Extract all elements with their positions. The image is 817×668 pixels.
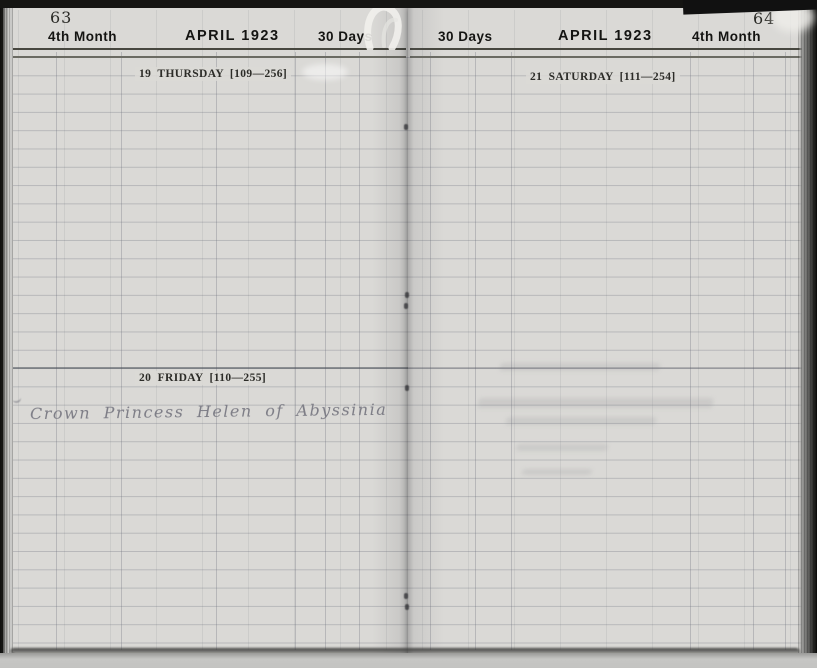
stitch-mark xyxy=(404,303,408,309)
column-line xyxy=(359,52,360,650)
column-line xyxy=(295,52,296,650)
bleed-through-ghost xyxy=(499,363,660,371)
bleed-through-ghost xyxy=(522,469,593,475)
header-rule xyxy=(6,48,406,58)
bleed-through-ghost xyxy=(516,444,609,451)
right-page-title: APRIL 1923 xyxy=(558,28,653,44)
column-line xyxy=(216,52,217,650)
day-divider-rule xyxy=(4,367,408,369)
stitch-mark xyxy=(405,604,409,610)
bleed-through-ghost xyxy=(477,398,713,408)
scanner-background xyxy=(0,653,817,668)
right-page-edge-stack xyxy=(798,0,817,660)
column-line xyxy=(325,52,326,650)
left-page-horizontal-ruling xyxy=(4,57,408,650)
stitch-mark xyxy=(405,292,409,298)
left-page-title: APRIL 1923 xyxy=(185,28,280,44)
entry-heading-saturday: 21 SATURDAY [111—254] xyxy=(526,70,680,84)
right-month-label: 4th Month xyxy=(692,29,761,44)
right-days-label: 30 Days xyxy=(438,29,493,44)
column-line xyxy=(121,52,122,650)
diary-scan: 63 4th Month APRIL 1923 30 Days 19 THURS… xyxy=(0,0,817,668)
right-page: 30 Days APRIL 1923 4th Month 64 21 SATUR… xyxy=(408,6,806,656)
left-page-number: 63 xyxy=(50,8,72,27)
column-line xyxy=(753,52,754,650)
left-page: 63 4th Month APRIL 1923 30 Days 19 THURS… xyxy=(4,6,408,656)
bleed-through-ghost xyxy=(505,417,656,425)
scan-top-border xyxy=(0,0,817,8)
left-month-label: 4th Month xyxy=(48,29,117,44)
header-rule xyxy=(410,48,804,58)
column-line xyxy=(785,52,786,650)
stitch-mark xyxy=(405,385,409,391)
scan-smudge xyxy=(302,64,348,80)
column-line xyxy=(56,52,57,650)
right-page-vertical-ruling xyxy=(408,10,806,650)
entry-heading-friday: 20 FRIDAY [110—255] xyxy=(135,371,270,385)
handwritten-note: Crown Princess Helen of Abyssinia xyxy=(30,400,387,423)
entry-heading-thursday: 19 THURSDAY [109—256] xyxy=(135,67,291,81)
stitch-mark xyxy=(404,124,408,130)
column-line xyxy=(511,52,512,650)
left-page-vertical-ruling xyxy=(4,10,408,650)
left-page-edge-stack xyxy=(0,0,13,656)
right-page-horizontal-ruling xyxy=(408,57,806,650)
column-line xyxy=(690,52,691,650)
stitch-mark xyxy=(404,593,408,599)
column-line xyxy=(475,52,476,650)
column-line xyxy=(430,52,431,650)
